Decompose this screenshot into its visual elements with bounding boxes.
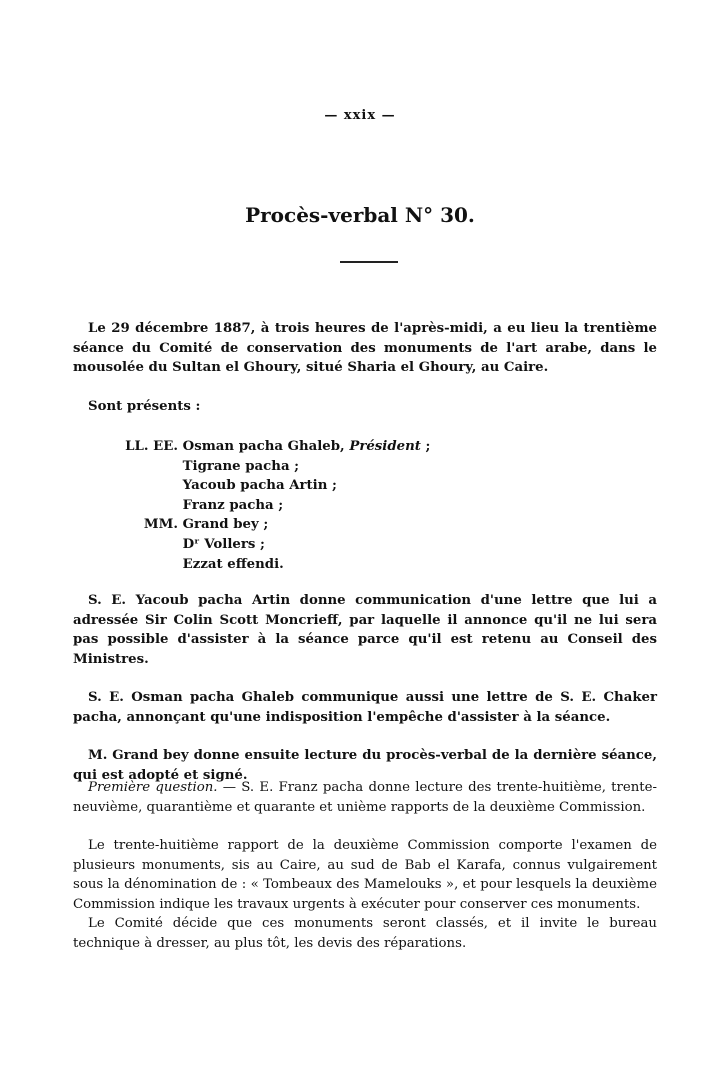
attendee-row: LL. EE. Osman pacha Ghaleb, Président ; bbox=[117, 437, 430, 457]
paragraph-letter-chaker: S. E. Osman pacha Ghaleb communique auss… bbox=[73, 688, 657, 727]
attendee-name: Tigrane pacha ; bbox=[183, 457, 299, 477]
attendee-role: Président bbox=[349, 439, 421, 454]
page-number: — xxix — bbox=[0, 108, 720, 123]
paragraph-committee-decision: Le Comité décide que ces monuments seron… bbox=[73, 914, 657, 953]
paragraph-letter-moncrieff: S. E. Yacoub pacha Artin donne communica… bbox=[73, 591, 657, 669]
attendee-title bbox=[117, 496, 178, 516]
attendee-list: LL. EE. Osman pacha Ghaleb, Président ; … bbox=[117, 437, 430, 574]
attendee-name-text: Osman pacha Ghaleb, bbox=[183, 439, 350, 454]
attendee-title bbox=[117, 457, 178, 477]
attendee-title bbox=[117, 476, 178, 496]
attendee-row: Tigrane pacha ; bbox=[117, 457, 430, 477]
attendee-name: Yacoub pacha Artin ; bbox=[183, 476, 337, 496]
paragraph-first-question: Première question. — S. E. Franz pacha d… bbox=[73, 778, 657, 817]
attendee-name: Dʳ Vollers ; bbox=[183, 535, 265, 555]
attendee-suffix: ; bbox=[421, 439, 431, 454]
attendee-name: Ezzat effendi. bbox=[183, 555, 284, 575]
attendee-row: Franz pacha ; bbox=[117, 496, 430, 516]
body-section-regular: Première question. — S. E. Franz pacha d… bbox=[73, 778, 657, 953]
first-question-label: Première question. bbox=[88, 780, 218, 795]
attendee-row: Ezzat effendi. bbox=[117, 555, 430, 575]
attendee-title: LL. EE. bbox=[117, 437, 178, 457]
title-divider bbox=[340, 261, 398, 263]
opening-section: Le 29 décembre 1887, à trois heures de l… bbox=[73, 319, 657, 416]
attendee-title: MM. bbox=[117, 515, 178, 535]
body-section-bold: S. E. Yacoub pacha Artin donne communica… bbox=[73, 591, 657, 785]
attendee-row: Dʳ Vollers ; bbox=[117, 535, 430, 555]
attendee-name: Franz pacha ; bbox=[183, 496, 284, 516]
attendee-name: Osman pacha Ghaleb, Président ; bbox=[183, 437, 431, 457]
opening-paragraph: Le 29 décembre 1887, à trois heures de l… bbox=[73, 319, 657, 378]
attendee-name: Grand bey ; bbox=[183, 515, 269, 535]
present-label: Sont présents : bbox=[73, 397, 657, 417]
attendee-title bbox=[117, 555, 178, 575]
attendee-title bbox=[117, 535, 178, 555]
attendee-row: MM. Grand bey ; bbox=[117, 515, 430, 535]
paragraph-38th-report: Le trente-huitième rapport de la deuxièm… bbox=[73, 836, 657, 914]
page-title: Procès-verbal N° 30. bbox=[0, 203, 720, 227]
attendee-row: Yacoub pacha Artin ; bbox=[117, 476, 430, 496]
